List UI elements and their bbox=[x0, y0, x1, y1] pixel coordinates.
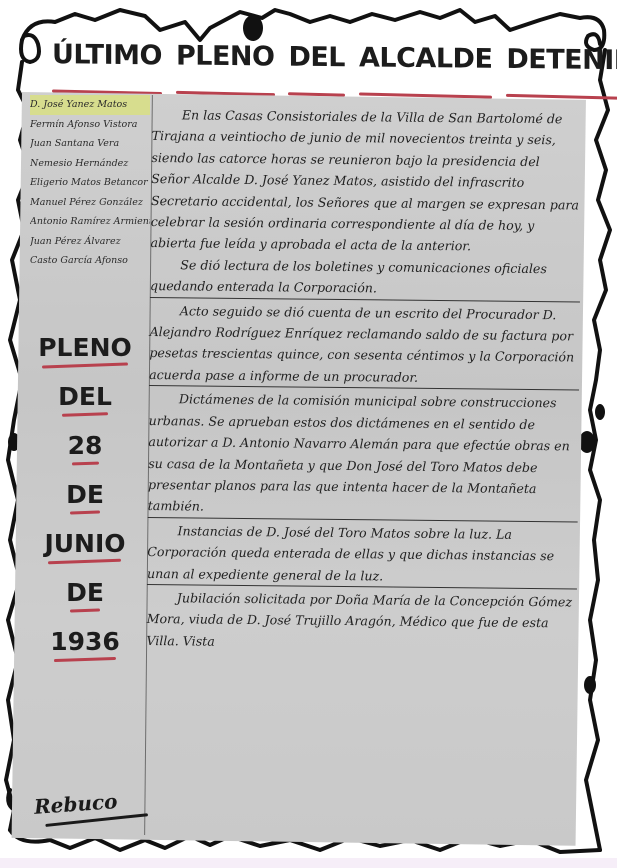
attendee-name: D. José Yanez Matos bbox=[30, 95, 150, 115]
title-word: ALCALDE bbox=[359, 42, 492, 93]
document-title: ÚLTIMO PLENO DEL ALCALDE DETENIDO bbox=[52, 39, 592, 95]
attendee-list: D. José Yanez Matos Fermín Afonso Vistor… bbox=[30, 95, 150, 271]
minutes-paragraph-procurador: Acto seguido se dió cuenta de un escrito… bbox=[149, 300, 580, 391]
title-word: ÚLTIMO bbox=[52, 39, 162, 90]
date-line: PLENO bbox=[38, 335, 132, 361]
attendee-name: Nemesio Hernández bbox=[30, 154, 150, 174]
minutes-paragraph-jubilacion: Jubilación solicitada por Doña María de … bbox=[146, 587, 577, 656]
attendee-name: Juan Pérez Álvarez bbox=[30, 232, 150, 252]
date-line: DEL bbox=[58, 384, 112, 410]
minutes-paragraph-dictamenes: Dictámenes de la comisión municipal sobr… bbox=[148, 388, 579, 522]
minutes-paragraph-instancias: Instancias de D. José del Toro Matos sob… bbox=[147, 520, 578, 590]
bottom-edge bbox=[0, 858, 617, 868]
minutes-paragraph-opening: En las Casas Consistoriales de la Villa … bbox=[150, 104, 582, 258]
date-line: DE bbox=[66, 580, 104, 606]
attendee-name: Manuel Pérez González bbox=[30, 193, 150, 213]
minutes-paragraph-bulletins: Se dió lectura de los boletines y comuni… bbox=[150, 254, 580, 302]
date-line: 1936 bbox=[50, 629, 120, 655]
meeting-date-annotation: PLENO DEL 28 DE JUNIO DE 1936 bbox=[30, 335, 140, 678]
attendee-name: Fermín Afonso Vistora bbox=[30, 115, 150, 135]
attendee-name: Eligerio Matos Betancor bbox=[30, 173, 150, 193]
minutes-body: En las Casas Consistoriales de la Villa … bbox=[146, 104, 582, 656]
date-line: JUNIO bbox=[44, 531, 125, 557]
title-word: DEL bbox=[288, 42, 345, 93]
attendee-name: Antonio Ramírez Armiento bbox=[30, 212, 150, 232]
date-line: DE bbox=[66, 482, 104, 508]
title-word: PLENO bbox=[176, 40, 275, 91]
attendee-name: Casto García Afonso bbox=[30, 251, 150, 271]
title-word: DETENIDO bbox=[506, 44, 617, 96]
attendee-name: Juan Santana Vera bbox=[30, 134, 150, 154]
date-line: 28 bbox=[68, 433, 103, 459]
